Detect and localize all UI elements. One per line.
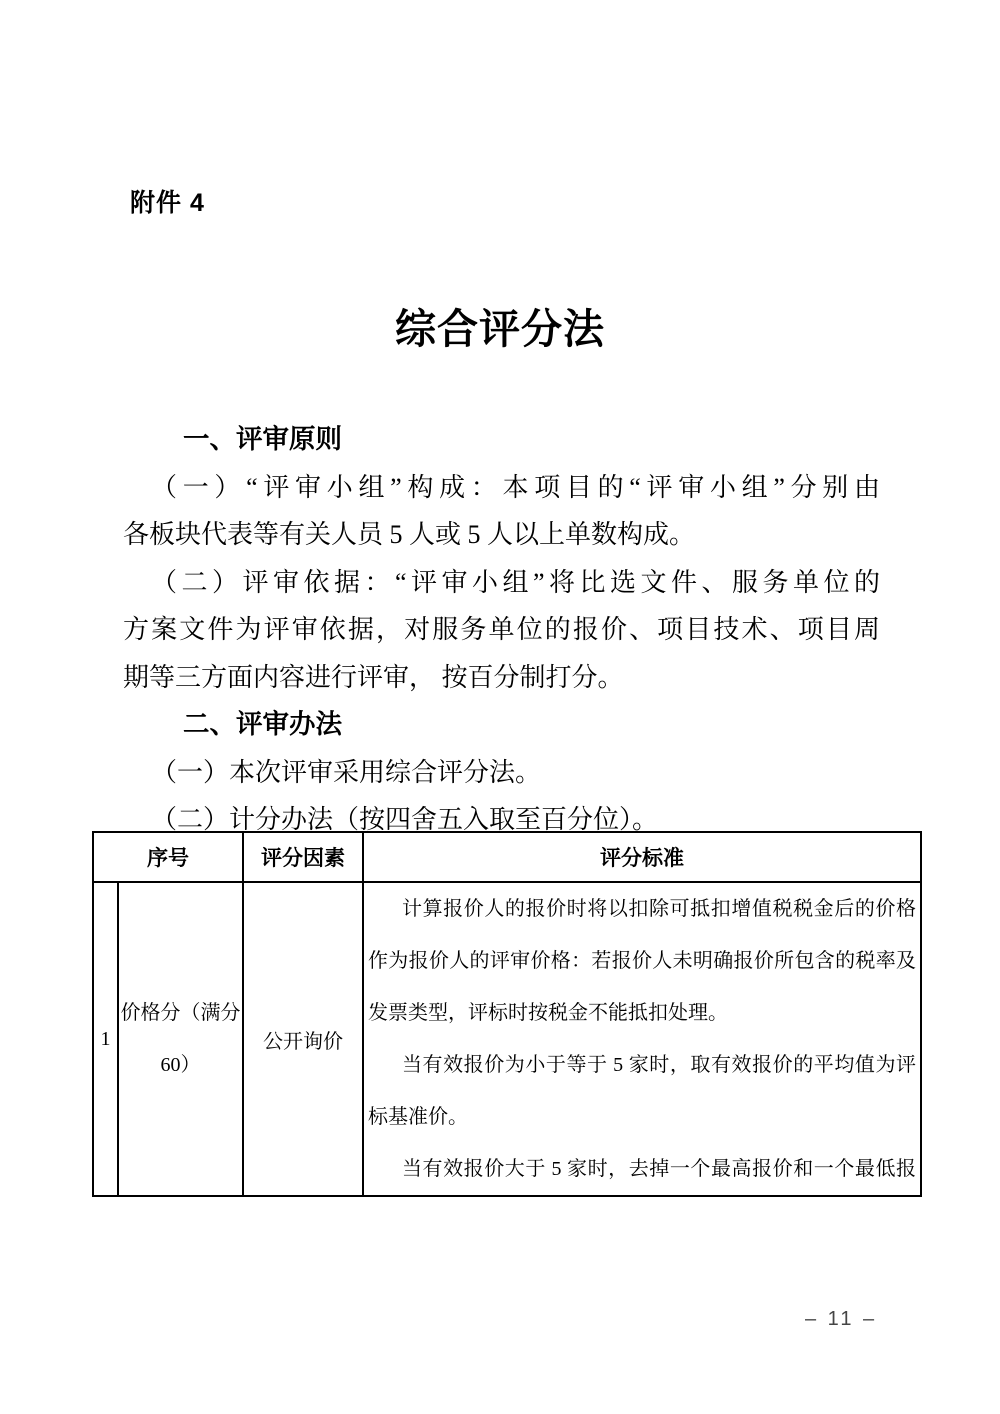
paragraph-line: （一）本次评审采用综合评分法。 — [123, 749, 880, 797]
factor-line: 60） — [119, 1039, 242, 1091]
column-header-factor: 评分因素 — [243, 832, 363, 882]
criteria-line: 发票类型，评标时按税金不能抵扣处理。 — [368, 987, 916, 1039]
attachment-label: 附件 4 — [130, 183, 205, 219]
criteria-line: 计算报价人的报价时将以扣除可抵扣增值税税金后的价格 — [368, 883, 916, 935]
paragraph-line: （一）“评审小组”构成：本项目的“评审小组”分别由 — [123, 464, 880, 512]
document-page: 附件 4 综合评分法 一、评审原则 （一）“评审小组”构成：本项目的“评审小组”… — [0, 0, 1000, 1414]
paragraph-line: （二）评审依据：“评审小组”将比选文件、服务单位的 — [123, 559, 880, 607]
column-header-criteria: 评分标准 — [363, 832, 921, 882]
paragraph-line: 期等三方面内容进行评审， 按百分制打分。 — [123, 654, 880, 702]
table-row: 1 价格分（满分 60） 公开询价 计算报价人的报价时将以扣除可抵扣增值税税金后… — [93, 882, 921, 1196]
paragraph-line: 各板块代表等有关人员 5 人或 5 人以上单数构成。 — [123, 511, 880, 559]
method-cell: 公开询价 — [243, 882, 363, 1196]
factor-cell: 价格分（满分 60） — [118, 882, 243, 1196]
table-header-row: 序号 评分因素 评分标准 — [93, 832, 921, 882]
paragraph-line: 方案文件为评审依据，对服务单位的报价、项目技术、项目周 — [123, 606, 880, 654]
factor-line: 价格分（满分 — [119, 987, 242, 1039]
page-number: – 11 – — [805, 1308, 877, 1331]
criteria-line: 当有效报价为小于等于 5 家时，取有效报价的平均值为评 — [368, 1039, 916, 1091]
criteria-line: 标基准价。 — [368, 1091, 916, 1143]
section-heading-1: 一、评审原则 — [123, 416, 880, 464]
criteria-line: 作为报价人的评审价格：若报价人未明确报价所包含的税率及 — [368, 935, 916, 987]
criteria-cell: 计算报价人的报价时将以扣除可抵扣增值税税金后的价格 作为报价人的评审价格：若报价… — [363, 882, 921, 1196]
section-heading-2: 二、评审办法 — [123, 701, 880, 749]
scoring-table: 序号 评分因素 评分标准 1 价格分（满分 60） 公开询价 计算报价人的报价时… — [92, 831, 922, 1197]
criteria-line: 当有效报价大于 5 家时，去掉一个最高报价和一个最低报 — [368, 1143, 916, 1195]
body-text: 一、评审原则 （一）“评审小组”构成：本项目的“评审小组”分别由 各板块代表等有… — [123, 416, 880, 844]
row-number-cell: 1 — [93, 882, 118, 1196]
column-header-no: 序号 — [93, 832, 243, 882]
document-title: 综合评分法 — [0, 296, 1000, 355]
